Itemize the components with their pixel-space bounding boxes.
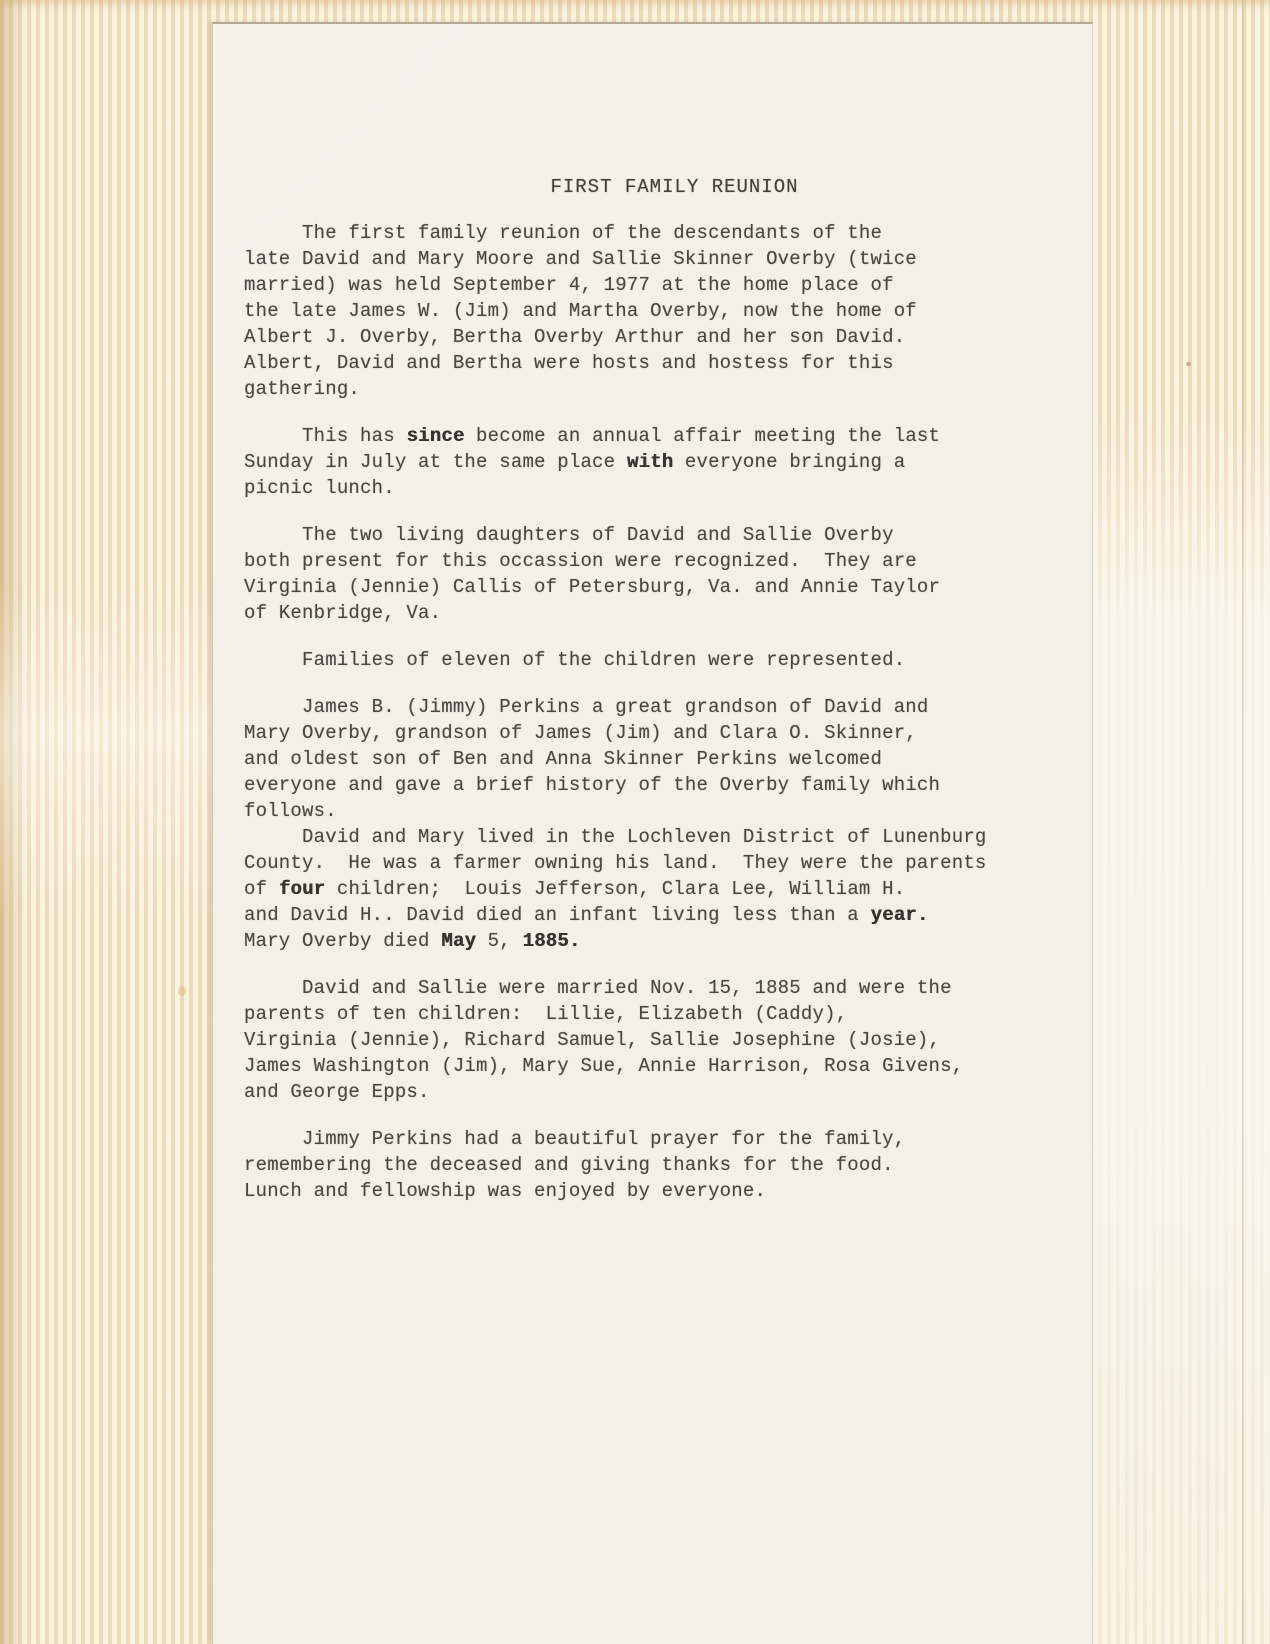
text-line: late David and Mary Moore and Sallie Ski… [244,246,1072,272]
document-body: The first family reunion of the descenda… [213,220,1092,1204]
paragraph: Jimmy Perkins had a beautiful prayer for… [244,1126,1072,1204]
text-line: David and Mary lived in the Lochleven Di… [244,824,1072,850]
text-line: and oldest son of Ben and Anna Skinner P… [244,746,1072,772]
text-line: Mary Overby died May 5, 1885. [244,928,1072,954]
text-line: This has since become an annual affair m… [244,423,1072,449]
overstruck-word: year. [871,904,929,926]
text-line: follows. [244,798,1072,824]
text-line: Jimmy Perkins had a beautiful prayer for… [244,1126,1072,1152]
paragraph: The two living daughters of David and Sa… [244,522,1072,626]
scrapbook-background: { "page": { "title": "FIRST FAMILY REUNI… [0,0,1270,1644]
document-page: FIRST FAMILY REUNION The first family re… [212,22,1093,1644]
backing-left-edge-shade [0,0,26,1644]
text-line: of Kenbridge, Va. [244,600,1072,626]
text-line: Sunday in July at the same place with ev… [244,449,1072,475]
text-line: gathering. [244,376,1072,402]
text-line: Lunch and fellowship was enjoyed by ever… [244,1178,1072,1204]
text-line: parents of ten children: Lillie, Elizabe… [244,1001,1072,1027]
text-line: James B. (Jimmy) Perkins a great grandso… [244,694,1072,720]
paragraph: Families of eleven of the children were … [244,647,1072,673]
paragraph: David and Sallie were married Nov. 15, 1… [244,975,1072,1105]
overstruck-word: May [441,930,476,952]
backing-right-faded-area [1094,400,1270,1644]
text-line: Albert, David and Bertha were hosts and … [244,350,1072,376]
text-line: Mary Overby, grandson of James (Jim) and… [244,720,1072,746]
backing-right-crease [1242,0,1244,1644]
backing-top-edge-shade [0,0,1270,10]
text-line: David and Sallie were married Nov. 15, 1… [244,975,1072,1001]
text-line: Virginia (Jennie), Richard Samuel, Salli… [244,1027,1072,1053]
overstruck-word: four [279,878,325,900]
text-line: and David H.. David died an infant livin… [244,902,1072,928]
text-line: of four children; Louis Jefferson, Clara… [244,876,1072,902]
text-line: James Washington (Jim), Mary Sue, Annie … [244,1053,1072,1079]
paragraph: James B. (Jimmy) Perkins a great grandso… [244,694,1072,954]
text-line: picnic lunch. [244,475,1072,501]
text-line: both present for this occassion were rec… [244,548,1072,574]
overstruck-word: with [627,451,673,473]
overstruck-word: 1885. [522,930,580,952]
text-line: the late James W. (Jim) and Martha Overb… [244,298,1072,324]
text-line: remembering the deceased and giving than… [244,1152,1072,1178]
text-line: The two living daughters of David and Sa… [244,522,1072,548]
document-title: FIRST FAMILY REUNION [235,174,1114,200]
text-line: Albert J. Overby, Bertha Overby Arthur a… [244,324,1072,350]
paper-speck [178,986,186,996]
text-line: Virginia (Jennie) Callis of Petersburg, … [244,574,1072,600]
text-line: married) was held September 4, 1977 at t… [244,272,1072,298]
backing-left-faded-area [0,580,212,920]
text-line: County. He was a farmer owning his land.… [244,850,1072,876]
paper-speck [1186,362,1191,366]
paragraph: The first family reunion of the descenda… [244,220,1072,402]
paragraph: This has since become an annual affair m… [244,423,1072,501]
text-line: Families of eleven of the children were … [244,647,1072,673]
text-line: The first family reunion of the descenda… [244,220,1072,246]
overstruck-word: since [406,425,464,447]
text-line: everyone and gave a brief history of the… [244,772,1072,798]
text-line: and George Epps. [244,1079,1072,1105]
